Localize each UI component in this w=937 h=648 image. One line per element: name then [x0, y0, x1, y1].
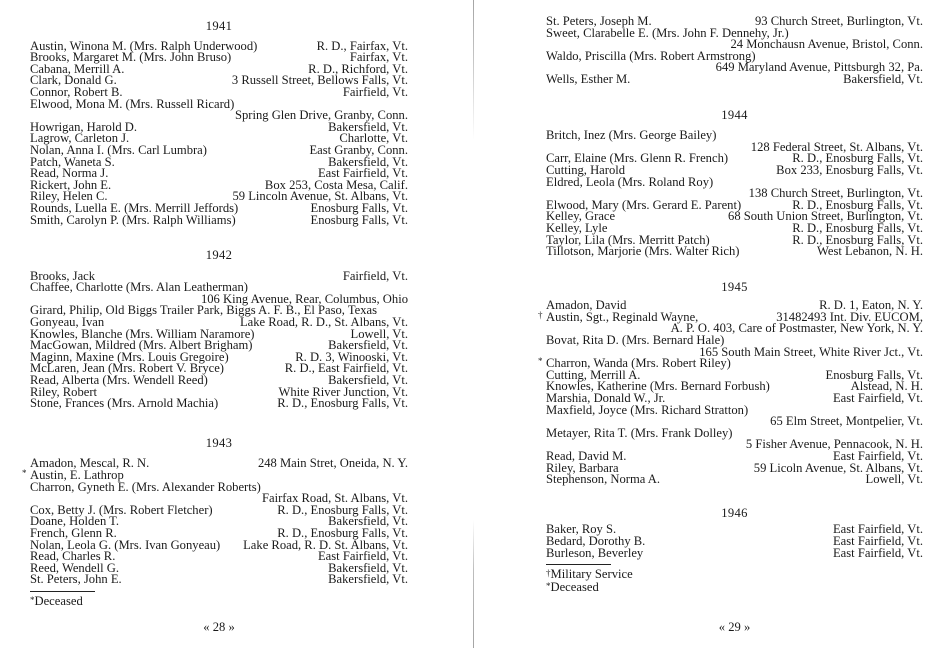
entry-name: Eldred, Leola (Mrs. Roland Roy) — [546, 177, 713, 189]
list-item: †Austin, Sgt., Reginald Wayne,31482493 I… — [546, 312, 923, 335]
entry-name: Britch, Inez (Mrs. George Bailey) — [546, 130, 716, 142]
entry-name: Elwood, Mona M. (Mrs. Russell Ricard) — [30, 99, 234, 111]
list-item: Chaffee, Charlotte (Mrs. Alan Leatherman… — [30, 282, 408, 305]
entry-row: Stone, Frances (Mrs. Arnold Machia)R. D.… — [30, 398, 408, 410]
year-heading: 1944 — [546, 110, 923, 122]
entry-address: Enosburg Falls, Vt. — [311, 215, 409, 227]
entry-name: Maxfield, Joyce (Mrs. Richard Stratton) — [546, 405, 748, 417]
entry-address: East Fairfield, Vt. — [833, 393, 923, 405]
entry-row: Tillotson, Marjorie (Mrs. Walter Rich)We… — [546, 246, 923, 258]
entry-list: Amadon, DavidR. D. 1, Eaton, N. Y.†Austi… — [546, 300, 923, 486]
list-item: Waldo, Priscilla (Mrs. Robert Armstrong)… — [546, 51, 923, 74]
entry-name: Metayer, Rita T. (Mrs. Frank Dolley) — [546, 428, 733, 440]
entry-address: West Lebanon, N. H. — [817, 246, 923, 258]
entry-name: Wells, Esther M. — [546, 74, 630, 86]
entry-list: Britch, Inez (Mrs. George Bailey)128 Fed… — [546, 130, 923, 258]
page-number: « 29 » — [546, 622, 923, 634]
footnote-divider — [30, 591, 95, 592]
list-item: Tillotson, Marjorie (Mrs. Walter Rich)We… — [546, 246, 923, 258]
list-item: Charron, Gyneth E. (Mrs. Alexander Rober… — [30, 482, 408, 505]
entry-name: Tillotson, Marjorie (Mrs. Walter Rich) — [546, 246, 739, 258]
entry-row: Burleson, BeverleyEast Fairfield, Vt. — [546, 548, 923, 560]
footnote: *Deceased — [30, 595, 408, 608]
right-page-content: St. Peters, Joseph M.93 Church Street, B… — [546, 16, 923, 593]
continued-section: St. Peters, Joseph M.93 Church Street, B… — [546, 16, 923, 86]
list-item: Britch, Inez (Mrs. George Bailey)128 Fed… — [546, 130, 923, 153]
entry-address: Fairfield, Vt. — [343, 87, 408, 99]
asterisk-icon: * — [538, 356, 543, 368]
list-item: Smith, Carolyn P. (Mrs. Ralph Williams)E… — [30, 215, 408, 227]
footnote: *Deceased — [546, 581, 923, 594]
entry-address: Box 233, Enosburg Falls, Vt. — [776, 165, 923, 177]
year-heading: 1941 — [30, 21, 408, 33]
entry-address: 248 Main Stret, Oneida, N. Y. — [258, 458, 408, 470]
entry-address: Bakersfield, Vt. — [328, 574, 408, 586]
list-item: Stone, Frances (Mrs. Arnold Machia)R. D.… — [30, 398, 408, 410]
entry-address: R. D., Enosburg Falls, Vt. — [277, 398, 408, 410]
entry-name: St. Peters, John E. — [30, 574, 122, 586]
footnote: †Military Service — [546, 568, 923, 581]
list-item: Sweet, Clarabelle E. (Mrs. John F. Denne… — [546, 28, 923, 51]
page-number: « 28 » — [30, 622, 408, 634]
entry-name: Burleson, Beverley — [546, 548, 643, 560]
year-heading: 1945 — [546, 282, 923, 294]
entry-name: Smith, Carolyn P. (Mrs. Ralph Williams) — [30, 215, 236, 227]
list-item: Wells, Esther M.Bakersfield, Vt. — [546, 74, 923, 86]
list-item: Eldred, Leola (Mrs. Roland Roy)138 Churc… — [546, 177, 923, 200]
book-gutter — [473, 0, 474, 648]
footnote-divider — [546, 564, 611, 565]
entry-list: Austin, Winona M. (Mrs. Ralph Underwood)… — [30, 41, 408, 227]
entry-name: Charron, Gyneth E. (Mrs. Alexander Rober… — [30, 482, 261, 494]
entry-list: Baker, Roy S.East Fairfield, Vt.Bedard, … — [546, 524, 923, 559]
right-page: St. Peters, Joseph M.93 Church Street, B… — [546, 0, 923, 648]
list-item: Burleson, BeverleyEast Fairfield, Vt. — [546, 548, 923, 560]
list-item: St. Peters, John E.Bakersfield, Vt. — [30, 574, 408, 586]
year-heading: 1946 — [546, 508, 923, 520]
entry-name: Stone, Frances (Mrs. Arnold Machia) — [30, 398, 218, 410]
year-heading: 1943 — [30, 438, 408, 450]
entry-row: Smith, Carolyn P. (Mrs. Ralph Williams)E… — [30, 215, 408, 227]
entry-name: Bovat, Rita D. (Mrs. Bernard Hale) — [546, 335, 724, 347]
entry-name: Stephenson, Norma A. — [546, 474, 660, 486]
asterisk-icon: * — [22, 468, 27, 480]
list-item: Bovat, Rita D. (Mrs. Bernard Hale)165 So… — [546, 335, 923, 358]
entry-address: Lowell, Vt. — [866, 474, 923, 486]
year-heading: 1942 — [30, 250, 408, 262]
left-page-content: 1941Austin, Winona M. (Mrs. Ralph Underw… — [30, 21, 408, 608]
entry-row: Stephenson, Norma A.Lowell, Vt. — [546, 474, 923, 486]
list-item: Stephenson, Norma A.Lowell, Vt. — [546, 474, 923, 486]
left-page: 1941Austin, Winona M. (Mrs. Ralph Underw… — [30, 0, 408, 648]
entry-list: Brooks, JackFairfield, Vt.Chaffee, Charl… — [30, 271, 408, 410]
footnote-text: Deceased — [551, 580, 599, 594]
list-item: Maxfield, Joyce (Mrs. Richard Stratton)6… — [546, 405, 923, 428]
entry-address: East Fairfield, Vt. — [833, 548, 923, 560]
entry-address: Bakersfield, Vt. — [843, 74, 923, 86]
footnote-text: Deceased — [35, 594, 83, 608]
list-item: Elwood, Mona M. (Mrs. Russell Ricard)Spr… — [30, 99, 408, 122]
dagger-icon: † — [538, 310, 543, 322]
entry-row: Wells, Esther M.Bakersfield, Vt. — [546, 74, 923, 86]
entry-address: Fairfield, Vt. — [343, 271, 408, 283]
list-item: Metayer, Rita T. (Mrs. Frank Dolley)5 Fi… — [546, 428, 923, 451]
entry-row: St. Peters, John E.Bakersfield, Vt. — [30, 574, 408, 586]
entry-list: St. Peters, Joseph M.93 Church Street, B… — [546, 16, 923, 86]
entry-list: Amadon, Mescal, R. N.248 Main Stret, One… — [30, 458, 408, 586]
